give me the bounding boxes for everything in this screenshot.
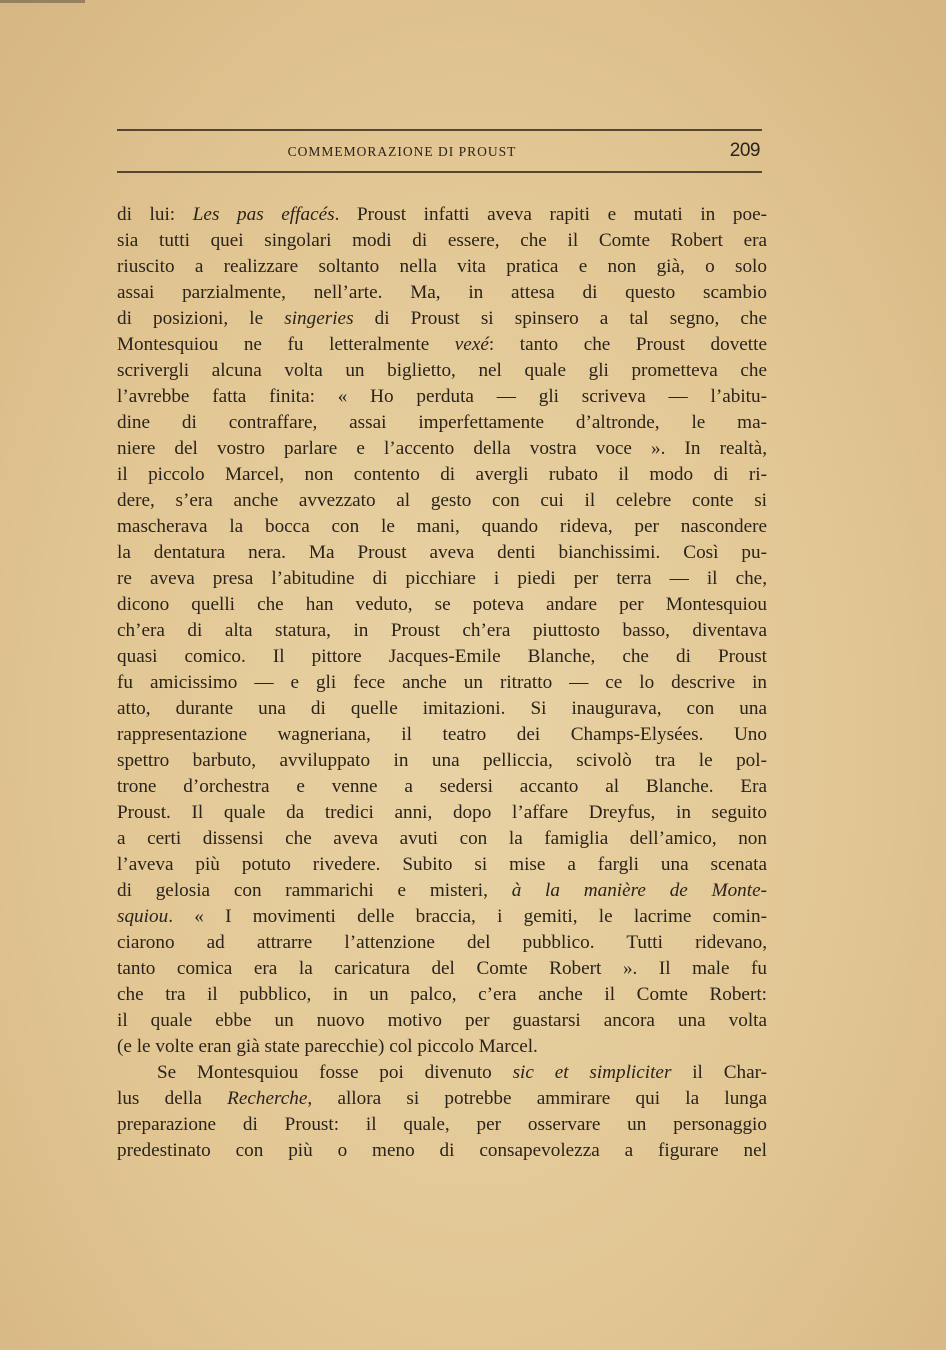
italic-phrase: à la manière de Monte-: [512, 880, 767, 901]
text-line: trone d’orchestra e venne a sedersi acca…: [117, 774, 767, 800]
text-line: rappresentazione wagneriana, il teatro d…: [117, 722, 767, 748]
body-text: di lui: Les pas effacés. Proust infatti …: [117, 202, 767, 1164]
text-run: : tanto che Proust dovette: [489, 334, 767, 355]
text-line: di gelosia con rammarichi e misteri, à l…: [117, 878, 767, 904]
text-line: niere del vostro parlare e l’accento del…: [117, 436, 767, 462]
text-run: , allora si potrebbe ammirare qui la lun…: [307, 1088, 767, 1109]
text-run: che tra il pubblico, in un palco, c’era …: [117, 984, 767, 1005]
text-line: dicono quelli che han veduto, se poteva …: [117, 592, 767, 618]
text-run: lus della: [117, 1088, 227, 1109]
text-line: ch’era di alta statura, in Proust ch’era…: [117, 618, 767, 644]
italic-phrase: vexé: [455, 334, 489, 355]
text-run: il piccolo Marcel, non contento di averg…: [117, 464, 767, 485]
text-run: di lui:: [117, 204, 193, 225]
text-line: l’avrebbe fatta finita: « Ho perduta — g…: [117, 384, 767, 410]
text-line: tanto comica era la caricatura del Comte…: [117, 956, 767, 982]
text-run: di posizioni, le: [117, 308, 284, 329]
text-run: sia tutti quei singolari modi di essere,…: [117, 230, 767, 251]
text-run: l’avrebbe fatta finita: « Ho perduta — g…: [117, 386, 767, 407]
header-rule-bottom: [117, 171, 762, 173]
text-line: a certi dissensi che aveva avuti con la …: [117, 826, 767, 852]
scan-edge-mark: [0, 0, 85, 3]
text-run: assai parzialmente, nell’arte. Ma, in at…: [117, 282, 767, 303]
text-run: rappresentazione wagneriana, il teatro d…: [117, 724, 767, 745]
text-run: spettro barbuto, avviluppato in una pell…: [117, 750, 767, 771]
text-run: dine di contraffare, assai imperfettamen…: [117, 412, 767, 433]
text-line: assai parzialmente, nell’arte. Ma, in at…: [117, 280, 767, 306]
italic-phrase: Les pas effacés: [193, 204, 335, 225]
text-line: spettro barbuto, avviluppato in una pell…: [117, 748, 767, 774]
text-run: trone d’orchestra e venne a sedersi acca…: [117, 776, 767, 797]
text-run: tanto comica era la caricatura del Comte…: [117, 958, 767, 979]
text-run: Proust. Il quale da tredici anni, dopo l…: [117, 802, 767, 823]
text-line: squiou. « I movimenti delle braccia, i g…: [117, 904, 767, 930]
text-run: l’aveva più potuto rivedere. Subito si m…: [117, 854, 767, 875]
text-run: ciarono ad attrarre l’attenzione del pub…: [117, 932, 767, 953]
text-line: lus della Recherche, allora si potrebbe …: [117, 1086, 767, 1112]
running-head: COMMEMORAZIONE DI PROUST: [117, 144, 762, 160]
text-run: niere del vostro parlare e l’accento del…: [117, 438, 767, 459]
text-line: l’aveva più potuto rivedere. Subito si m…: [117, 852, 767, 878]
text-run: riuscito a realizzare soltanto nella vit…: [117, 256, 767, 277]
text-line: Proust. Il quale da tredici anni, dopo l…: [117, 800, 767, 826]
header-rule-top: [117, 129, 762, 131]
text-run: fu amicissimo — e gli fece anche un ritr…: [117, 672, 767, 693]
text-run: Se Montesquiou fosse poi divenuto: [157, 1062, 513, 1083]
text-line: ciarono ad attrarre l’attenzione del pub…: [117, 930, 767, 956]
text-line: scrivergli alcuna volta un biglietto, ne…: [117, 358, 767, 384]
text-run: scrivergli alcuna volta un biglietto, ne…: [117, 360, 767, 381]
text-run: dere, s’era anche avvezzato al gesto con…: [117, 490, 767, 511]
italic-phrase: squiou: [117, 906, 168, 927]
text-line: mascherava la bocca con le mani, quando …: [117, 514, 767, 540]
text-line: (e le volte eran già state parecchie) co…: [117, 1034, 767, 1060]
text-line: dere, s’era anche avvezzato al gesto con…: [117, 488, 767, 514]
page-header: COMMEMORAZIONE DI PROUST 209: [117, 127, 762, 175]
text-run: . « I movimenti delle braccia, i gemiti,…: [168, 906, 767, 927]
text-run: la dentatura nera. Ma Proust aveva denti…: [117, 542, 767, 563]
text-run: ch’era di alta statura, in Proust ch’era…: [117, 620, 767, 641]
text-line: di posizioni, le singeries di Proust si …: [117, 306, 767, 332]
text-run: mascherava la bocca con le mani, quando …: [117, 516, 767, 537]
text-run: di Proust si spinsero a tal segno, che: [354, 308, 767, 329]
text-line: dine di contraffare, assai imperfettamen…: [117, 410, 767, 436]
text-line: fu amicissimo — e gli fece anche un ritr…: [117, 670, 767, 696]
text-run: (e le volte eran già state parecchie) co…: [117, 1036, 538, 1057]
text-line: che tra il pubblico, in un palco, c’era …: [117, 982, 767, 1008]
text-run: quasi comico. Il pittore Jacques-Emile B…: [117, 646, 767, 667]
text-line: riuscito a realizzare soltanto nella vit…: [117, 254, 767, 280]
text-line: la dentatura nera. Ma Proust aveva denti…: [117, 540, 767, 566]
text-run: a certi dissensi che aveva avuti con la …: [117, 828, 767, 849]
text-line: atto, durante una di quelle imitazioni. …: [117, 696, 767, 722]
text-run: predestinato con più o meno di consapevo…: [117, 1140, 767, 1161]
text-run: re aveva presa l’abitudine di picchiare …: [117, 568, 767, 589]
text-run: Montesquiou ne fu letteralmente: [117, 334, 455, 355]
page-number: 209: [730, 140, 760, 162]
text-line: di lui: Les pas effacés. Proust infatti …: [117, 202, 767, 228]
text-line: il piccolo Marcel, non contento di averg…: [117, 462, 767, 488]
text-run: dicono quelli che han veduto, se poteva …: [117, 594, 767, 615]
italic-phrase: Recherche: [227, 1088, 307, 1109]
italic-phrase: singeries: [284, 308, 353, 329]
text-line: sia tutti quei singolari modi di essere,…: [117, 228, 767, 254]
text-run: preparazione di Proust: il quale, per os…: [117, 1114, 767, 1135]
text-line: Se Montesquiou fosse poi divenuto sic et…: [117, 1060, 767, 1086]
text-run: atto, durante una di quelle imitazioni. …: [117, 698, 767, 719]
text-line: preparazione di Proust: il quale, per os…: [117, 1112, 767, 1138]
text-run: il quale ebbe un nuovo motivo per guasta…: [117, 1010, 767, 1031]
text-run: di gelosia con rammarichi e misteri,: [117, 880, 512, 901]
text-run: . Proust infatti aveva rapiti e mutati i…: [335, 204, 767, 225]
italic-phrase: sic et simpliciter: [513, 1062, 672, 1083]
text-line: il quale ebbe un nuovo motivo per guasta…: [117, 1008, 767, 1034]
text-line: predestinato con più o meno di consapevo…: [117, 1138, 767, 1164]
text-line: re aveva presa l’abitudine di picchiare …: [117, 566, 767, 592]
text-run: il Char-: [671, 1062, 767, 1083]
text-line: Montesquiou ne fu letteralmente vexé: ta…: [117, 332, 767, 358]
text-line: quasi comico. Il pittore Jacques-Emile B…: [117, 644, 767, 670]
